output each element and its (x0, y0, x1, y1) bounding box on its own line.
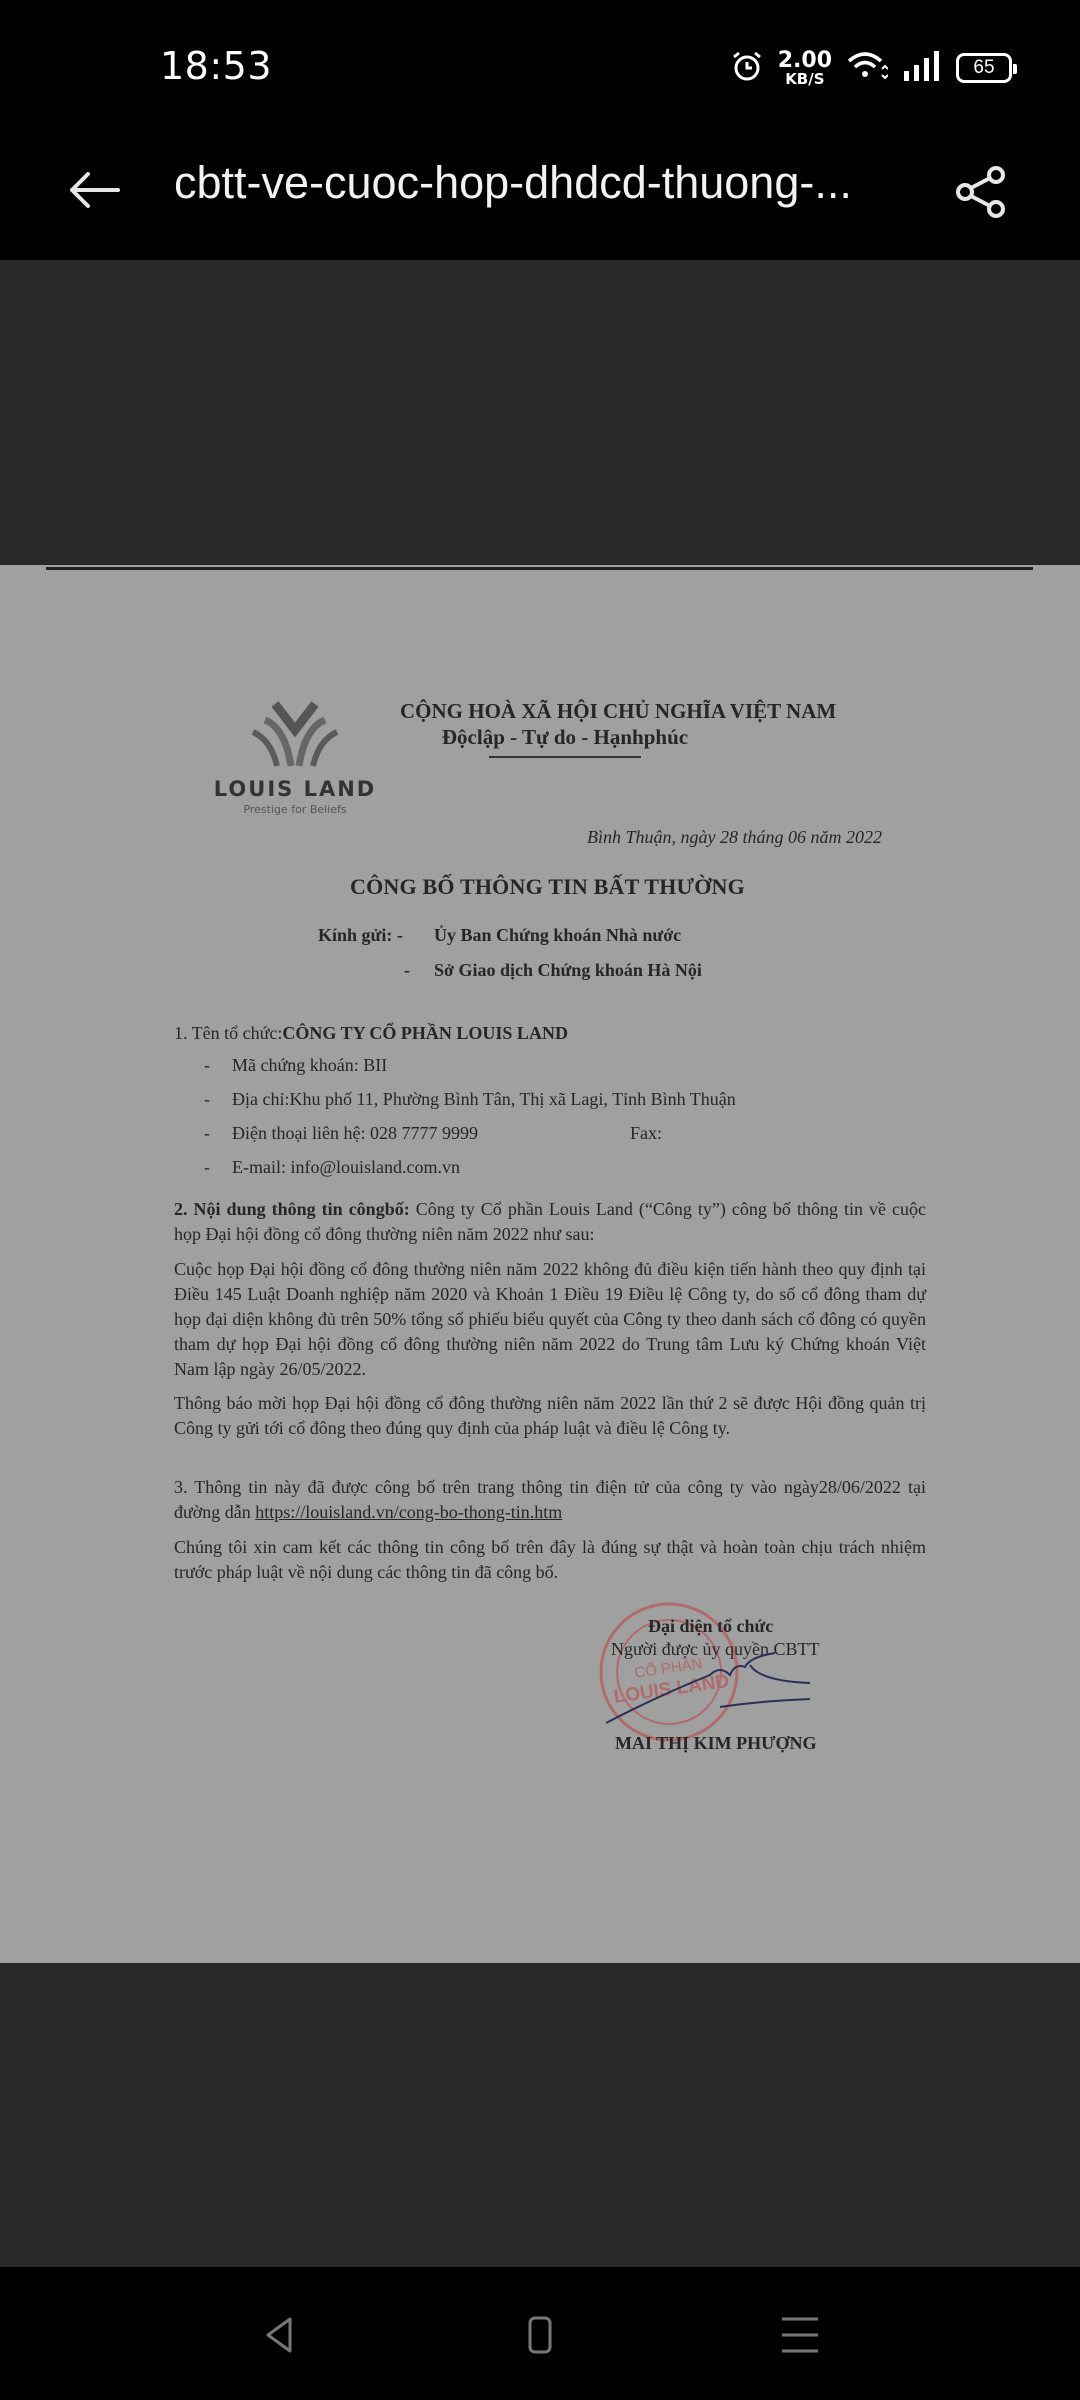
app-bar: cbtt-ve-cuoc-hop-dhdcd-thuong-... (0, 130, 1080, 260)
signal-icon (902, 49, 942, 88)
section-2-intro: 2. Nội dung thông tin côngbố: Công ty Cổ… (174, 1197, 926, 1247)
share-button[interactable] (946, 157, 1016, 227)
section-1-heading: 1. Tên tổ chức:CÔNG TY CỔ PHẦN LOUIS LAN… (174, 1021, 926, 1046)
nav-recents-button[interactable] (765, 2307, 835, 2363)
section-3: 3. Thông tin này đã được công bố trên tr… (174, 1475, 926, 1525)
arrow-left-icon (66, 170, 122, 210)
document-content: LOUIS LAND Prestige for Beliefs CỘNG HOÀ… (0, 565, 1080, 1963)
back-triangle-icon (260, 2315, 300, 2355)
section-2-paragraph-2: Thông báo mời họp Đại hội đồng cổ đông t… (174, 1391, 926, 1441)
system-navigation-bar (0, 2267, 1080, 2400)
national-header: CỘNG HOÀ XÃ HỘI CHỦ NGHĨA VIỆT NAM Độclậ… (400, 698, 730, 758)
document-page[interactable]: LOUIS LAND Prestige for Beliefs CỘNG HOÀ… (0, 565, 1080, 1963)
home-square-icon (520, 2315, 560, 2355)
commitment-paragraph: Chúng tôi xin cam kết các thông tin công… (174, 1535, 926, 1585)
recipient-2: Sở Giao dịch Chứng khoán Hà Nội (434, 960, 702, 981)
document-title: cbtt-ve-cuoc-hop-dhdcd-thuong-... (174, 157, 852, 209)
logo-tagline: Prestige for Beliefs (210, 803, 380, 816)
recipient-dash: - (404, 960, 410, 981)
back-button[interactable] (64, 160, 124, 220)
nation-name: CỘNG HOÀ XÃ HỘI CHỦ NGHĨA VIỆT NAM (400, 698, 730, 724)
recipients-label: Kính gửi: - (318, 925, 403, 946)
disclosure-link[interactable]: https://louisland.vn/cong-bo-thong-tin.h… (255, 1502, 562, 1522)
handwritten-signature-icon (600, 1645, 820, 1735)
status-time: 18:53 (160, 44, 272, 88)
notice-title: CÔNG BỐ THÔNG TIN BẤT THƯỜNG (350, 874, 745, 900)
nav-home-button[interactable] (505, 2307, 575, 2363)
alarm-icon (730, 49, 764, 88)
nation-motto: Độclập - Tự do - Hạnhphúc (400, 724, 730, 750)
signatory-name: MAI THỊ KIM PHƯỢNG (615, 1733, 817, 1754)
company-logo: LOUIS LAND Prestige for Beliefs (210, 700, 380, 816)
network-speed: 2.00 KB/S (778, 50, 832, 87)
battery-icon: 65 (956, 53, 1012, 83)
section-2-paragraph-1: Cuộc họp Đại hội đồng cổ đông thường niê… (174, 1257, 926, 1382)
nav-back-button[interactable] (245, 2307, 315, 2363)
motto-underline (489, 756, 641, 758)
date-line: Bình Thuận, ngày 28 tháng 06 năm 2022 (587, 827, 882, 848)
status-bar: 18:53 2.00 KB/S 65 (0, 0, 1080, 130)
wifi-icon (846, 49, 888, 88)
signatory-title: Đại diện tổ chức (648, 1616, 773, 1637)
share-icon (954, 165, 1008, 219)
menu-lines-icon (780, 2315, 820, 2355)
organization-name: CÔNG TY CỔ PHẦN LOUIS LAND (282, 1023, 568, 1043)
logo-wordmark: LOUIS LAND (210, 777, 380, 801)
recipient-1: Ủy Ban Chứng khoán Nhà nước (434, 925, 681, 946)
louis-land-logo-icon (235, 700, 355, 770)
status-icons: 2.00 KB/S 65 (730, 46, 1012, 90)
